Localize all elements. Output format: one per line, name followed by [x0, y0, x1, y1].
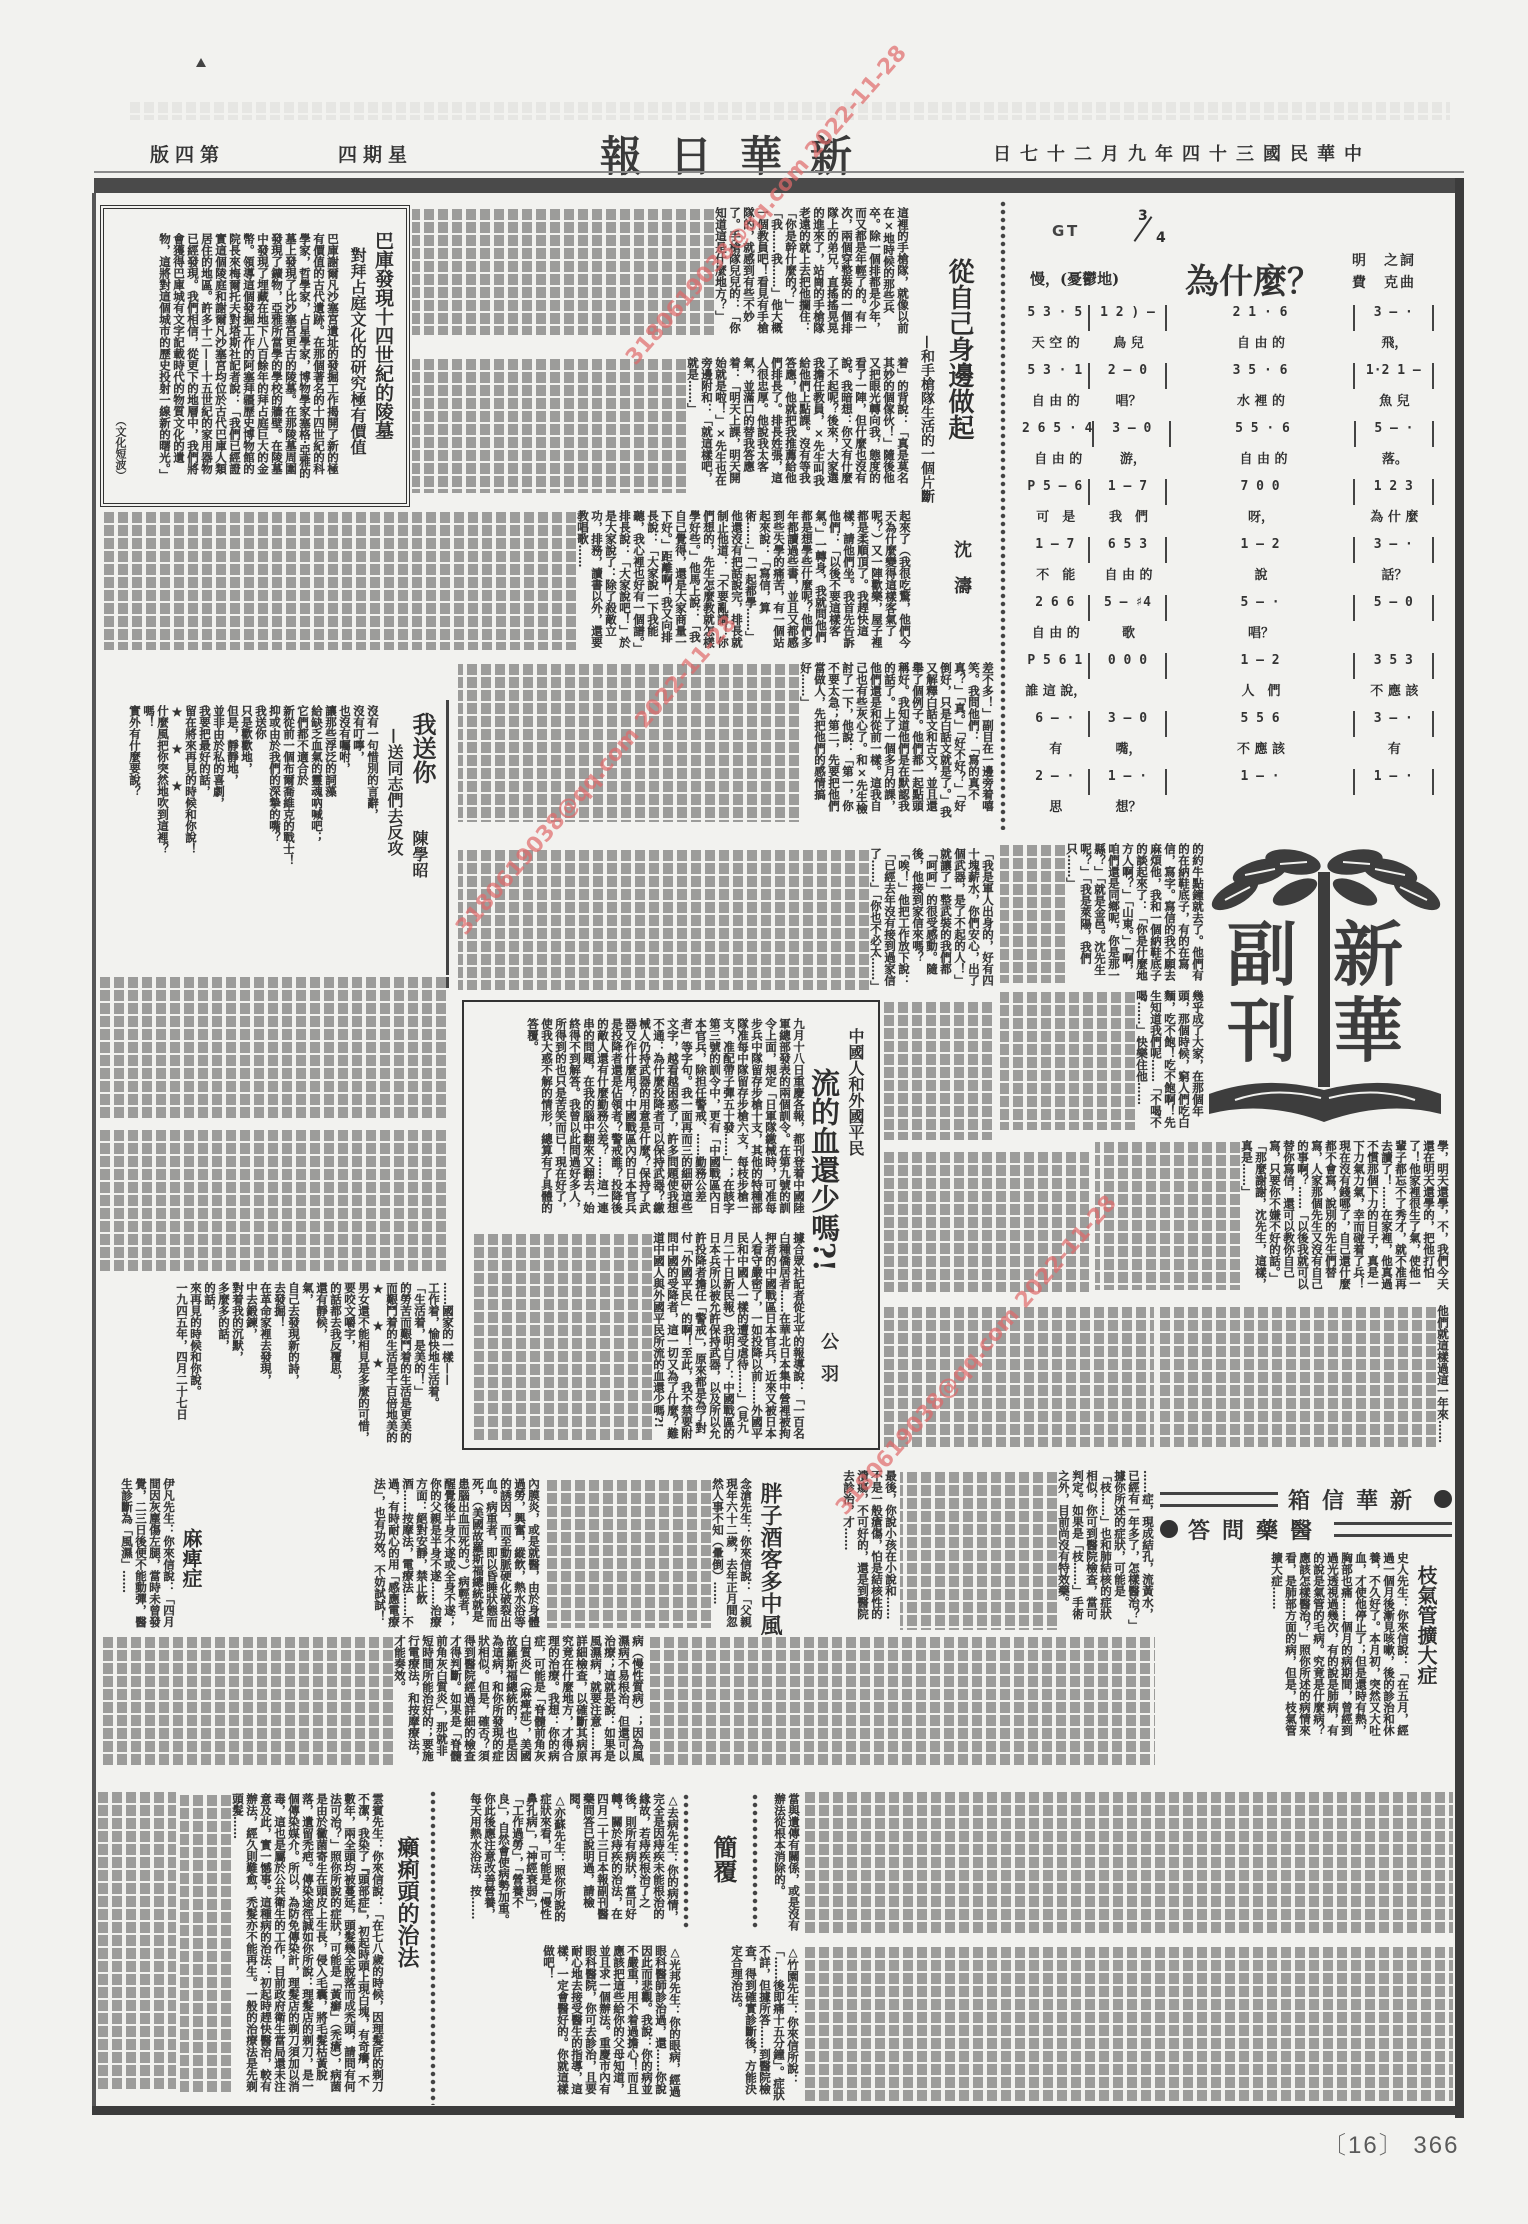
score-row: P 5 6 1誰 這 說， 0 0 0 1 — 2人 們 3 5 3不 應 該 [1022, 653, 1434, 709]
notes: 5 — ♯4 [1090, 595, 1168, 621]
brief-wavy-border [752, 1793, 758, 1928]
notes: 6 — · [1022, 711, 1090, 737]
qa-body: 念滄先生：你來信說：「父親現年六十二歲，去年正月間忽然人事不知（暈倒）…… [545, 1478, 753, 1628]
brief-wavy-border [683, 1793, 689, 1928]
lyrics: 不 應 該 [1355, 679, 1434, 705]
measure: 3 — 0嘴， [1090, 711, 1168, 767]
brief-wavy-border [430, 1790, 436, 2105]
notes: 1 — 7 [1090, 479, 1168, 505]
qa-title: 胖子酒客多中風 [757, 1482, 783, 1636]
poem-author: 陳學昭 [410, 830, 428, 878]
lyrics: 我 們 [1090, 505, 1168, 531]
weekday-label: 星期四 [338, 140, 413, 167]
bullet-icon [1160, 1520, 1178, 1538]
lyrics: 說 [1167, 563, 1354, 589]
lyrics [1355, 795, 1434, 821]
measure: 2 — 0唱？ [1090, 363, 1168, 419]
qa-body: ……症，現成結孔，流黃水，已經有一年多了，怎樣醫治？」據你所述的症狀，可能是「枝… [900, 1470, 1155, 1630]
article-title-shen-tao: 從自己身邊做起 [944, 258, 974, 440]
notes: 1 — 2 [1167, 653, 1354, 679]
qa-title: 枝氣管擴大症 [1414, 1565, 1438, 1685]
song-composer: 費 克曲 [1352, 272, 1416, 292]
article-body-section: 幾乎成了大家，在那個年頭，那個時候，窮人們吃白麵，吃不飽！吃不飽啊！先生知道我們… [1000, 990, 1205, 1130]
lyrics: 自 由 的 [1022, 389, 1090, 415]
score-row: 1 — 7不 能 6 5 3自 由 的 1 — 2說 3 — ·話？ [1022, 537, 1434, 593]
notes: 3 5 · 6 [1167, 363, 1354, 389]
column-divider [446, 700, 449, 990]
notes: 5 3 · 5 [1022, 305, 1090, 331]
lyrics: 可 是 [1022, 505, 1090, 531]
notes: 1 — 7 [1022, 537, 1090, 563]
medical-qa-banner: 醫藥問答 [1160, 1515, 1452, 1543]
article-title: 巴庫發現十四世紀的陵墓 [372, 231, 394, 440]
song-wavy-border [1000, 200, 1006, 830]
measure: 6 — ·有 [1022, 711, 1090, 767]
brief-reply-item: △竹園先生：你來信所說：「……後即痛十五分鐘」。症狀不詳，但據所答……到醫院檢查… [690, 1945, 800, 2103]
qa-title: 麻痺症 [178, 1528, 204, 1588]
article-subtitle: 對拜占庭文化的研究極有價值 [348, 247, 366, 455]
lyrics [1167, 795, 1354, 821]
frame-right [1455, 178, 1464, 2118]
measure: 2 6 6自 由 的 [1022, 595, 1090, 651]
decorative-double-line [1334, 1522, 1452, 1537]
score-row: 5 3 · 1自 由 的 2 — 0唱？ 3 5 · 6水 裡 的 1·2 1 … [1022, 363, 1434, 419]
lyrics: 自 由 的 [1171, 447, 1356, 473]
article-title-gongyu: 流的血還少嗎?! [808, 1068, 840, 1272]
notes: 1 — · [1355, 769, 1434, 795]
lyrics: 魚 兒 [1355, 389, 1434, 415]
logo-char: 副 [1227, 918, 1297, 992]
lyrics: 有 [1022, 737, 1090, 763]
logo-char: 刊 [1227, 994, 1297, 1068]
score-row: 6 — ·有 3 — 0嘴， 5 5 6不 應 該 3 — ·有 [1022, 711, 1434, 767]
lyrics: 游， [1094, 447, 1171, 473]
notes: 1 — 2 [1167, 537, 1354, 563]
qa-body: 史人先生：你來信說：「在五月，經過一個月後漸見咳嗽，後的診治和休養，不久好了。本… [1160, 1552, 1410, 1740]
lyrics: 落。 [1356, 447, 1434, 473]
score-row: 2 — ·思 1 — ·想？ 1 — · 1 — · [1022, 769, 1434, 825]
lyrics: 想？ [1090, 795, 1168, 821]
article-source: （文化短波） [112, 415, 128, 481]
notes: P 5 — 6 [1022, 479, 1090, 505]
article-kicker: 中國人和外國平民 [846, 1028, 864, 1156]
lyrics: 飛， [1355, 331, 1434, 357]
issue-date: 中華民國三十四年九月二十七日 [993, 140, 1371, 166]
poem-lines-ending: ……國家的一樣—— 工作着，愉快地生活着。 「生活着，是美的！」 的勞苦而艱鬥着… [100, 1282, 455, 1447]
qa-body: 病（慢性質病）；因為風濕病不易根治，但還可以治療；這就是說：如果是風濕病，就要注… [100, 1635, 645, 1765]
notes: 3 — 0 [1094, 421, 1171, 447]
measure: 5 — ♯4歌 [1090, 595, 1168, 651]
brief-reply-item: △光邦先生：你的眼病，經過眼科醫師診治過，還……你說因此而悲觀。我說：你的病並不… [442, 1945, 682, 2103]
notes: 2 1 · 6 [1167, 305, 1354, 331]
measure: 3 — 0游， [1094, 421, 1171, 477]
text-columns-illegible [884, 1000, 996, 1140]
lyrics: 唱？ [1167, 621, 1354, 647]
notes: 1 2 3 [1355, 479, 1434, 505]
lyrics [1090, 679, 1168, 705]
notes: 1 — · [1090, 769, 1168, 795]
measure: 6 5 3自 由 的 [1090, 537, 1168, 593]
notes: 3 — · [1355, 537, 1434, 563]
bullet-icon [1434, 1490, 1452, 1508]
bleed-through-ghost [130, 100, 1450, 120]
lyrics: 有 [1355, 737, 1434, 763]
article-body-section: 他們就這樣過這一年來…… [1160, 1305, 1450, 1447]
brief-reply-item: △去病先生：你的病情，完全是因痔疾未能根治的緣故，若痔疾根治了之後，則所有病狀，… [570, 1793, 680, 1928]
notes: 1·2 1 — [1355, 363, 1434, 389]
brief-replies-title: 簡覆 [708, 1835, 738, 1883]
notes: 2 — · [1022, 769, 1090, 795]
article-body-section: 差不多！」副目在一邊旁着嘻笑。我問他們：「寫的真不真？」「真。」「好不好？」「好… [458, 662, 995, 822]
lyrics: 嘴， [1090, 737, 1168, 763]
qa-body: 伊凡先生：你來信說：「四月間因灰塵傷左腿，當時未曾發覺，二三日後便不能動彈，醫生… [100, 1478, 176, 1628]
qa-body: 當與遺傳有關係，或是沒有辦法從根本消除的。 [763, 1793, 801, 1933]
qa-body: 內膜炎，或是就醫，由於身體過勞，興奮，縱飲，熱水浴等的誘因，而至動脈硬化破裂出血… [205, 1478, 541, 1628]
logo-char: 新 [1333, 918, 1403, 992]
measure: 1 — ·想？ [1090, 769, 1168, 825]
volume-label: 〔16〕 [1322, 2132, 1405, 2159]
notes: 3 5 3 [1355, 653, 1434, 679]
notes: 2 6 5 · 4 [1022, 421, 1094, 447]
text-columns-illegible [98, 1790, 176, 2090]
measure: 2 6 5 · 4自 由 的 [1022, 421, 1094, 477]
lyrics: 誰 這 說， [1022, 679, 1090, 705]
notes: 2 — 0 [1090, 363, 1168, 389]
score-row: 5 3 · 5天 空 的 1 2 ) —鳥 兒 2 1 · 6自 由 的 3 —… [1022, 305, 1434, 361]
lyrics: 不 能 [1022, 563, 1090, 589]
poem-lines: 沒有一句惜別的言辭， 沒有叮嚀， 也沒有囑咐， 讓那些浮泛的詞藻 給缺乏血氣的靈… [100, 705, 380, 960]
notes: 5 5 6 [1167, 711, 1354, 737]
banner-title: 新華信箱 [1288, 1484, 1424, 1515]
notes: 7 0 0 [1167, 479, 1354, 505]
notes: 5 — 0 [1355, 595, 1434, 621]
logo-char: 華 [1333, 994, 1403, 1068]
measure: 5 3 · 5天 空 的 [1022, 305, 1090, 361]
notes: 3 — · [1355, 711, 1434, 737]
notes: 2 6 6 [1022, 595, 1090, 621]
lyrics: 自 由 的 [1022, 621, 1090, 647]
score-row: P 5 — 6可 是 1 — 7我 們 7 0 0呀， 1 2 3為 什 麼 [1022, 479, 1434, 535]
xinhua-supplement-logo: 新 華 副 刊 [1205, 842, 1445, 1124]
text-columns-illegible [100, 975, 450, 1120]
brief-reply-item: △亦蘇先生：照你所說的症狀來看，可能是「慢性鼻孔病」，「神經衰弱」，「工作過勞」… [442, 1793, 567, 1928]
notes: P 5 6 1 [1022, 653, 1090, 679]
notes: 0 0 0 [1090, 653, 1168, 679]
page-number: 366 [1413, 2132, 1459, 2159]
score-row: 2 6 5 · 4自 由 的 3 — 0游， 5 5 · 6自 由 的 5 — … [1022, 421, 1434, 477]
text-columns-illegible [805, 1790, 1453, 1935]
edition-label: 第四版 [150, 140, 225, 167]
song-tempo: 慢，(憂鬱地) [1030, 268, 1119, 289]
song-key: GT [1052, 222, 1080, 240]
section-title: 醫藥問答 [1188, 1514, 1324, 1545]
notes: 5 — · [1167, 595, 1354, 621]
lyrics: 話？ [1355, 563, 1434, 589]
measure: 1 — 7我 們 [1090, 479, 1168, 535]
lyrics [1355, 621, 1434, 647]
article-subtitle-shen-tao: —和手槍隊生活的一個片斷 [918, 335, 936, 503]
article-author-shen-tao: 沈濤 [950, 540, 972, 612]
poem-title: 我送你 [408, 712, 436, 784]
archive-page-number: 〔16〕 366 [1322, 2125, 1459, 2160]
measure: P 5 6 1誰 這 說， [1022, 653, 1090, 709]
article-author-gongyu: 公羽 [818, 1332, 838, 1396]
score-row: 2 6 6自 由 的 5 — ♯4歌 5 — ·唱？ 5 — 0 [1022, 595, 1434, 651]
lyrics: 呀， [1167, 505, 1354, 531]
article-body-section: 起來了（我很吃驚，他們今天為什麼變得這樣客氣了呢？）又一陣歡樂，屋子裡都是柔順頂… [100, 510, 912, 650]
lyrics: 歌 [1090, 621, 1168, 647]
notes: 1 2 ) — [1090, 305, 1168, 331]
corner-mark-icon [196, 58, 206, 67]
notes: 3 — · [1355, 305, 1434, 331]
article-baku: 巴庫發現十四世紀的陵墓 對拜占庭文化的研究極有價值 巴庫謝爾凡沙塞宮遺址的發掘工… [100, 205, 410, 507]
notes: 6 5 3 [1090, 537, 1168, 563]
decorative-double-line [1160, 1492, 1278, 1507]
article-body-section: 着」的背說：「真是莫名其妙的個傢伙！」隨後他又把眼光轉向我，態度的看了一陣，但什… [412, 357, 910, 493]
qa-body: 雲賓先生：你來信說：「在七八歲的時候，因理髮匠的剃刀不潔，我染了『頭部症』，初起… [180, 1793, 385, 2093]
lyrics: 唱？ [1090, 389, 1168, 415]
time-signature-bottom: 4 [1156, 230, 1166, 246]
frame-left [92, 193, 96, 2111]
lyrics: 自 由 的 [1022, 447, 1094, 473]
frame-bottom [92, 2106, 1464, 2115]
measure: 1 2 ) —鳥 兒 [1090, 305, 1168, 361]
notes: 5 5 · 6 [1171, 421, 1356, 447]
lyrics: 自 由 的 [1167, 331, 1354, 357]
measure: P 5 — 6可 是 [1022, 479, 1090, 535]
text-columns-illegible [805, 1945, 1453, 2103]
notes: 5 3 · 1 [1022, 363, 1090, 389]
poem-subtitle: —送同志們去反攻 [385, 728, 403, 856]
text-columns-illegible [650, 1635, 1155, 1765]
song-lyricist: 明 之詞 [1352, 250, 1416, 270]
notes: 5 — · [1356, 421, 1434, 447]
lyrics: 自 由 的 [1090, 563, 1168, 589]
article-body-section: 九月十八日重慶各報，都刊登着中國陸軍總部發表的兩個訓令。在第九號的訓令上面，規定… [470, 1018, 806, 1218]
lyrics: 不 應 該 [1167, 737, 1354, 763]
lyrics: 人 們 [1167, 679, 1354, 705]
text-columns-illegible [100, 1128, 450, 1273]
newspaper-page: 第四版 星期四 新華日報 中華民國三十四年九月二十七日 巴庫發現十四世紀的陵墓 … [0, 0, 1528, 2224]
lyrics: 水 裡 的 [1167, 389, 1354, 415]
notes: 3 — 0 [1090, 711, 1168, 737]
lyrics: 思 [1022, 795, 1090, 821]
measure: 0 0 0 [1090, 653, 1168, 709]
article-body-section: 「我是軍人出身的，好有四十塊薪水，你們安心，出了個武器，是了不起的人！」就讓了一… [458, 848, 995, 990]
notes: 1 — · [1167, 769, 1354, 795]
article-body-section: 據合眾社記者從北平的報導說：「一百名白種僑居者……在華北日本集中營裡被拘押者的中… [470, 1232, 806, 1442]
measure: 5 3 · 1自 由 的 [1022, 363, 1090, 419]
xinhua-mailbox-banner: 新華信箱 [1160, 1484, 1452, 1514]
article-body-section: 學，明天還學，不，我們今天還在明天還學的，把他打怕了！他家裡很生了氣，使他一輩子… [1095, 1140, 1450, 1290]
measure: 2 — ·思 [1022, 769, 1090, 825]
song-title: 為什麼？ [1185, 254, 1321, 303]
measure: 1 — 7不 能 [1022, 537, 1090, 593]
lyrics: 為 什 麼 [1355, 505, 1434, 531]
lyrics: 天 空 的 [1022, 331, 1090, 357]
qa-title: 癩痢頭的治法 [394, 1836, 420, 1968]
article-body: 巴庫謝爾凡沙塞宮遺址的發掘工作揭開了新的極有價值的古代遺跡。在那個著名的十四世紀… [114, 233, 340, 485]
lyrics: 鳥 兒 [1090, 331, 1168, 357]
